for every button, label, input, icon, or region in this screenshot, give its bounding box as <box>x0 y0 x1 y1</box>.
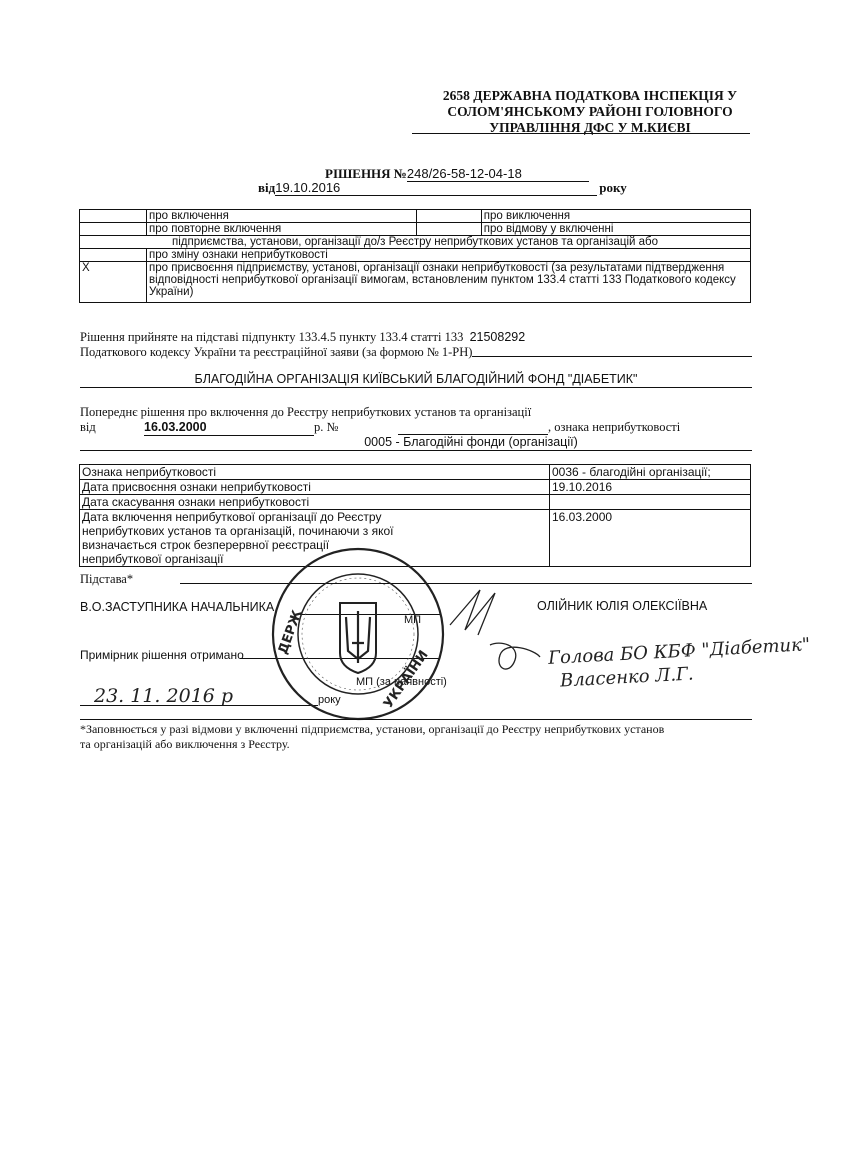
previous-number <box>398 420 548 435</box>
signature-scribble <box>440 585 550 695</box>
svg-text:УКРАЇНИ: УКРАЇНИ <box>380 647 431 711</box>
handwritten-note-line-2: Власенко Л.Г. <box>560 664 695 692</box>
table-row: про включення про виключення <box>80 210 751 223</box>
header-underline <box>412 133 750 134</box>
basis-blank-line <box>472 345 752 357</box>
detail-value: 0036 - благодійні організації; <box>550 465 751 480</box>
decision-date-label: від <box>258 180 275 195</box>
decision-type-table: про включення про виключення про повторн… <box>79 209 751 303</box>
mark-cell <box>80 223 147 236</box>
official-stamp: ДЕРЖ УКРАЇНИ <box>268 545 448 723</box>
footnote: *Заповнюється у разі відмови у включенні… <box>80 722 670 752</box>
table-row: Ознака неприбутковості 0036 - благодійні… <box>80 465 751 480</box>
option-assign-feature: про присвоєння підприємству, установі, о… <box>147 262 751 303</box>
basis-label: Підстава* <box>80 572 133 587</box>
detail-label: Ознака неприбутковості <box>80 465 550 480</box>
option-change-feature: про зміну ознаки неприбутковості <box>147 249 751 262</box>
mark-cell <box>80 249 147 262</box>
span-text: підприємства, установи, організації до/з… <box>80 236 751 249</box>
copy-received-label: Примірник рішення отримано <box>80 648 244 663</box>
mark-cell <box>416 210 481 223</box>
basis-line-2: Податкового кодексу України та реєстраці… <box>80 345 472 360</box>
detail-value: 19.10.2016 <box>550 480 751 495</box>
feature-label: , ознака неприбутковості <box>548 420 680 435</box>
decision-date-row: від19.10.2016року <box>258 180 650 196</box>
mark-cell <box>416 223 481 236</box>
signer-name: ОЛІЙНИК ЮЛІЯ ОЛЕКСІЇВНА <box>537 599 707 613</box>
previous-decision-line-1: Попереднє рішення про включення до Реєст… <box>80 405 752 420</box>
previous-date: 16.03.2000 <box>144 420 314 436</box>
previous-decision: Попереднє рішення про включення до Реєст… <box>80 405 752 451</box>
option-include: про включення <box>147 210 417 223</box>
taxpayer-code: 21508292 <box>470 330 526 344</box>
decision-title-label: РІШЕННЯ № <box>325 166 407 181</box>
detail-value <box>550 495 751 510</box>
decision-date: 19.10.2016 <box>275 180 597 196</box>
option-reinclude: про повторне включення <box>147 223 417 236</box>
basis-line-1: Рішення прийняте на підставі підпункту 1… <box>80 330 463 344</box>
mark-cell <box>80 210 147 223</box>
organization-name: БЛАГОДІЙНА ОРГАНІЗАЦІЯ КИЇВСЬКИЙ БЛАГОДІ… <box>80 372 752 388</box>
basis-line <box>180 583 752 584</box>
signer-title: В.О.ЗАСТУПНИКА НАЧАЛЬНИКА <box>80 600 274 615</box>
table-row: Дата скасування ознаки неприбутковості <box>80 495 751 510</box>
authority-line-2: СОЛОМ'ЯНСЬКОМУ РАЙОНІ ГОЛОВНОГО <box>420 104 760 120</box>
svg-text:ДЕРЖ: ДЕРЖ <box>276 608 306 656</box>
decision-year-label: року <box>599 180 627 195</box>
detail-label: Дата скасування ознаки неприбутковості <box>80 495 550 510</box>
table-row: про зміну ознаки неприбутковості <box>80 249 751 262</box>
previous-feature-value: 0005 - Благодійні фонди (організації) <box>80 435 752 451</box>
detail-value: 16.03.2000 <box>550 510 751 567</box>
table-row: X про присвоєння підприємству, установі,… <box>80 262 751 303</box>
option-exclude: про виключення <box>481 210 750 223</box>
option-refuse: про відмову у включенні <box>481 223 750 236</box>
detail-label: Дата присвоєння ознаки неприбутковості <box>80 480 550 495</box>
authority-line-1: 2658 ДЕРЖАВНА ПОДАТКОВА ІНСПЕКЦІЯ У <box>420 88 760 104</box>
previous-date-label: від <box>80 420 96 435</box>
previous-number-label: р. № <box>314 420 338 435</box>
authority-header: 2658 ДЕРЖАВНА ПОДАТКОВА ІНСПЕКЦІЯ У СОЛО… <box>420 88 760 136</box>
footnote-divider <box>80 719 752 720</box>
basis-paragraph: Рішення прийняте на підставі підпункту 1… <box>80 330 752 360</box>
table-row: про повторне включення про відмову у вкл… <box>80 223 751 236</box>
received-date-handwritten: 23. 11. 2016 р <box>94 685 233 707</box>
table-row: підприємства, установи, організації до/з… <box>80 236 751 249</box>
table-row: Дата присвоєння ознаки неприбутковості 1… <box>80 480 751 495</box>
mark-cell-checked: X <box>80 262 147 303</box>
